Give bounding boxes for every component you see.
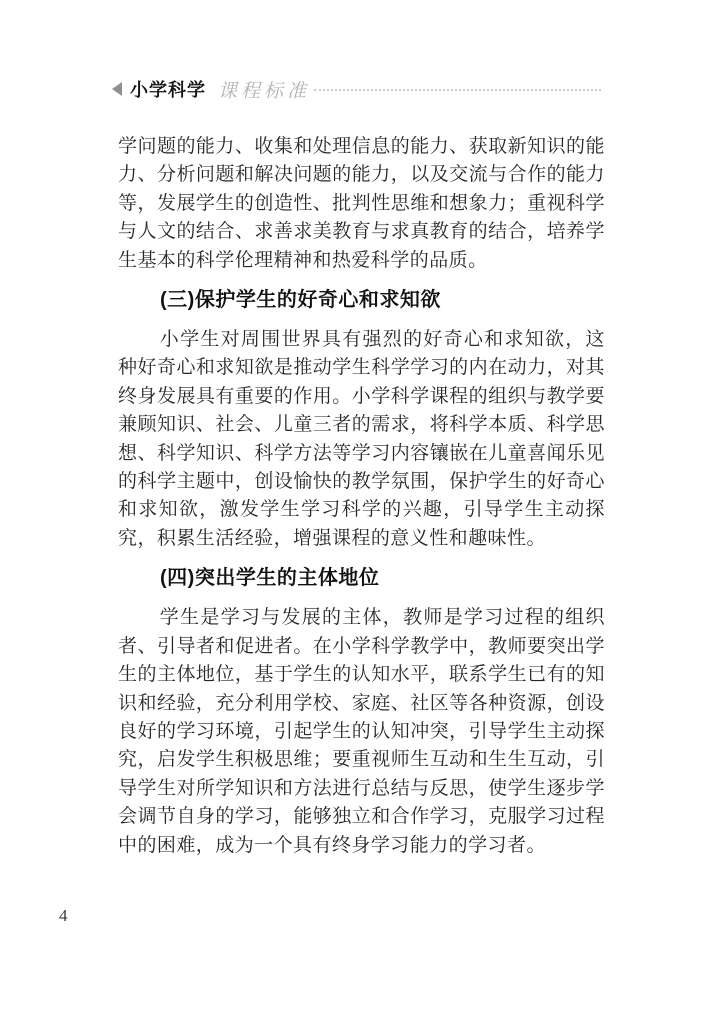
header-title: 小学科学 [130, 76, 206, 102]
section-heading-4: (四)突出学生的主体地位 [118, 565, 605, 591]
running-header: 小学科学 课程标准 [112, 78, 601, 100]
paragraph-continuation: 学问题的能力、收集和处理信息的能力、获取新知识的能力、分析问题和解决问题的能力，… [118, 133, 605, 275]
left-triangle-icon [112, 82, 122, 96]
page-number: 4 [59, 906, 68, 926]
section-heading-3: (三)保护学生的好奇心和求知欲 [118, 287, 605, 313]
document-page: 小学科学 课程标准 学问题的能力、收集和处理信息的能力、获取新知识的能力、分析问… [0, 0, 722, 1020]
paragraph-section-4: 学生是学习与发展的主体，教师是学习过程的组织者、引导者和促进者。在小学科学教学中… [118, 604, 605, 860]
paragraph-section-3: 小学生对周围世界具有强烈的好奇心和求知欲，这种好奇心和求知欲是推动学生科学学习的… [118, 326, 605, 553]
header-dotted-rule [314, 89, 601, 91]
page-content: 学问题的能力、收集和处理信息的能力、获取新知识的能力、分析问题和解决问题的能力，… [118, 133, 605, 860]
header-subtitle: 课程标准 [218, 76, 310, 103]
